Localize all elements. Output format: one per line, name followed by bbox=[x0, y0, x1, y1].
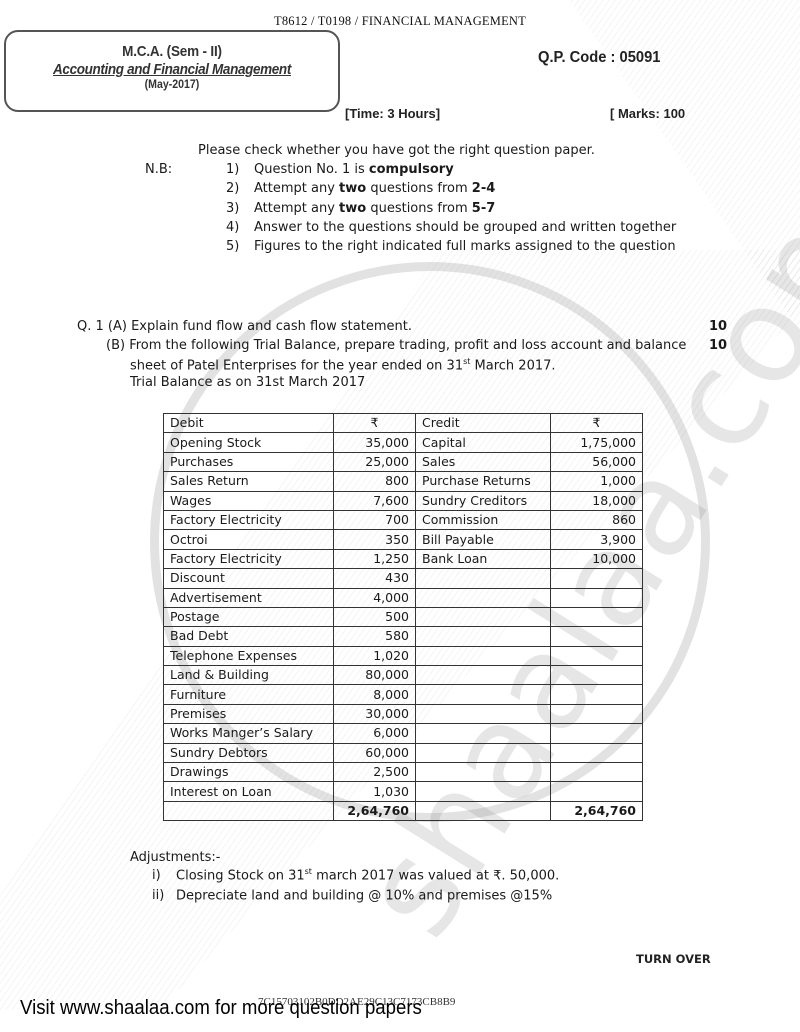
credit-amount bbox=[551, 743, 643, 762]
table-row: Land & Building80,000 bbox=[164, 666, 643, 685]
credit-account bbox=[416, 627, 551, 646]
table-row: Sundry Debtors60,000 bbox=[164, 743, 643, 762]
instruction-number: 4) bbox=[226, 220, 254, 235]
debit-amount: 30,000 bbox=[334, 704, 416, 723]
debit-account: Postage bbox=[164, 607, 334, 626]
debit-amount: 1,250 bbox=[334, 549, 416, 568]
credit-amount: 18,000 bbox=[551, 491, 643, 510]
instruction-emphasis: 2-4 bbox=[472, 181, 496, 196]
instruction-list: 1)Question No. 1 is compulsory2)Attempt … bbox=[226, 162, 676, 258]
debit-account: Telephone Expenses bbox=[164, 646, 334, 665]
debit-amount: 7,600 bbox=[334, 491, 416, 510]
header-credit: Credit bbox=[416, 414, 551, 433]
credit-account bbox=[416, 569, 551, 588]
table-row: Postage500 bbox=[164, 607, 643, 626]
credit-account bbox=[416, 724, 551, 743]
credit-account bbox=[416, 743, 551, 762]
debit-account: Factory Electricity bbox=[164, 510, 334, 529]
credit-amount: 860 bbox=[551, 510, 643, 529]
credit-account bbox=[416, 704, 551, 723]
debit-amount: 80,000 bbox=[334, 666, 416, 685]
question-1b-line2: sheet of Patel Enterprises for the year … bbox=[130, 357, 556, 373]
debit-amount: 8,000 bbox=[334, 685, 416, 704]
table-row: Interest on Loan1,030 bbox=[164, 782, 643, 801]
credit-account: Purchase Returns bbox=[416, 472, 551, 491]
table-row: Drawings2,500 bbox=[164, 763, 643, 782]
adjustment-number: ii) bbox=[152, 888, 176, 903]
exam-marks: [ Marks: 100 bbox=[610, 106, 685, 121]
debit-account: Interest on Loan bbox=[164, 782, 334, 801]
instruction-emphasis: two bbox=[339, 201, 366, 216]
credit-account: Commission bbox=[416, 510, 551, 529]
debit-account: Sundry Debtors bbox=[164, 743, 334, 762]
credit-amount bbox=[551, 646, 643, 665]
credit-amount bbox=[551, 763, 643, 782]
debit-account: Wages bbox=[164, 491, 334, 510]
instruction-number: 2) bbox=[226, 181, 254, 196]
debit-amount: 25,000 bbox=[334, 452, 416, 471]
instruction-text: Attempt any bbox=[254, 181, 339, 196]
debit-account: Discount bbox=[164, 569, 334, 588]
debit-amount: 1,030 bbox=[334, 782, 416, 801]
credit-amount bbox=[551, 607, 643, 626]
credit-amount: 56,000 bbox=[551, 452, 643, 471]
debit-amount: 35,000 bbox=[334, 433, 416, 452]
instruction-item: 5)Figures to the right indicated full ma… bbox=[226, 239, 676, 258]
credit-account bbox=[416, 763, 551, 782]
credit-amount bbox=[551, 782, 643, 801]
credit-account bbox=[416, 588, 551, 607]
credit-amount: 3,900 bbox=[551, 530, 643, 549]
credit-amount bbox=[551, 704, 643, 723]
instruction-text: Attempt any bbox=[254, 201, 339, 216]
adjustment-item: ii)Depreciate land and building @ 10% an… bbox=[152, 887, 559, 907]
instruction-emphasis: compulsory bbox=[369, 162, 454, 177]
debit-account: Opening Stock bbox=[164, 433, 334, 452]
debit-amount: 580 bbox=[334, 627, 416, 646]
instruction-item: 1)Question No. 1 is compulsory bbox=[226, 162, 676, 181]
subject-title: Accounting and Financial Management bbox=[23, 61, 322, 78]
question-1a-label: Q. 1 (A) bbox=[77, 319, 127, 334]
instruction-text: Figures to the right indicated full mark… bbox=[254, 239, 676, 254]
table-row: Factory Electricity700Commission860 bbox=[164, 510, 643, 529]
credit-account: Capital bbox=[416, 433, 551, 452]
debit-amount: 350 bbox=[334, 530, 416, 549]
instruction-text: Question No. 1 is bbox=[254, 162, 369, 177]
debit-account: Drawings bbox=[164, 763, 334, 782]
debit-amount: 1,020 bbox=[334, 646, 416, 665]
debit-account: Premises bbox=[164, 704, 334, 723]
table-row: Telephone Expenses1,020 bbox=[164, 646, 643, 665]
adjustment-number: i) bbox=[152, 868, 176, 883]
instruction-text: Answer to the questions should be groupe… bbox=[254, 220, 676, 235]
debit-amount: 800 bbox=[334, 472, 416, 491]
table-row: Wages7,600Sundry Creditors18,000 bbox=[164, 491, 643, 510]
credit-amount bbox=[551, 588, 643, 607]
course-title-box: M.C.A. (Sem - II) Accounting and Financi… bbox=[4, 30, 340, 112]
adjustment-text: march 2017 was valued at ₹. 50,000. bbox=[312, 868, 559, 883]
instruction-text: questions from bbox=[366, 181, 472, 196]
check-paper-note: Please check whether you have got the ri… bbox=[198, 143, 595, 158]
instruction-text: questions from bbox=[366, 201, 472, 216]
adjustments-title: Adjustments:- bbox=[130, 850, 220, 865]
question-1b-line2-end: March 2017. bbox=[470, 358, 555, 373]
total-credit: 2,64,760 bbox=[551, 801, 643, 820]
table-row: Bad Debt580 bbox=[164, 627, 643, 646]
adjustment-text: Depreciate land and building @ 10% and p… bbox=[176, 888, 552, 903]
instruction-number: 3) bbox=[226, 201, 254, 216]
trial-balance-caption: Trial Balance as on 31st March 2017 bbox=[130, 375, 365, 390]
header-credit-rupee: ₹ bbox=[551, 414, 643, 433]
credit-amount: 10,000 bbox=[551, 549, 643, 568]
debit-account: Advertisement bbox=[164, 588, 334, 607]
debit-amount: 60,000 bbox=[334, 743, 416, 762]
adjustment-item: i)Closing Stock on 31st march 2017 was v… bbox=[152, 867, 559, 887]
credit-account: Sales bbox=[416, 452, 551, 471]
total-debit: 2,64,760 bbox=[334, 801, 416, 820]
credit-amount: 1,000 bbox=[551, 472, 643, 491]
question-1a-text: Explain fund flow and cash flow statemen… bbox=[131, 319, 412, 334]
question-1b-label: (B) bbox=[106, 338, 125, 353]
credit-account bbox=[416, 782, 551, 801]
visit-site-banner[interactable]: Visit www.shaalaa.com for more question … bbox=[20, 997, 422, 1020]
table-row: Sales Return800Purchase Returns1,000 bbox=[164, 472, 643, 491]
credit-amount bbox=[551, 569, 643, 588]
table-row: Works Manger’s Salary6,000 bbox=[164, 724, 643, 743]
question-1b-marks: 10 bbox=[709, 338, 727, 353]
turn-over-label: TURN OVER bbox=[636, 952, 711, 966]
table-row: Purchases25,000Sales56,000 bbox=[164, 452, 643, 471]
debit-account: Octroi bbox=[164, 530, 334, 549]
credit-account: Bank Loan bbox=[416, 549, 551, 568]
nb-label: N.B: bbox=[145, 162, 172, 177]
trial-balance-table: Debit ₹ Credit ₹ Opening Stock35,000Capi… bbox=[163, 413, 643, 821]
question-1a: Q. 1 (A) Explain fund flow and cash flow… bbox=[77, 319, 412, 334]
table-row: Factory Electricity1,250Bank Loan10,000 bbox=[164, 549, 643, 568]
credit-amount bbox=[551, 724, 643, 743]
debit-amount: 700 bbox=[334, 510, 416, 529]
table-total-row: 2,64,760 2,64,760 bbox=[164, 801, 643, 820]
adjustment-text: Closing Stock on 31 bbox=[176, 868, 305, 883]
instruction-emphasis: two bbox=[339, 181, 366, 196]
debit-amount: 500 bbox=[334, 607, 416, 626]
instruction-item: 3)Attempt any two questions from 5-7 bbox=[226, 201, 676, 220]
adjustments-list: i)Closing Stock on 31st march 2017 was v… bbox=[152, 867, 559, 907]
table-row: Furniture8,000 bbox=[164, 685, 643, 704]
question-1b-text: From the following Trial Balance, prepar… bbox=[129, 338, 686, 353]
header-debit-rupee: ₹ bbox=[334, 414, 416, 433]
ordinal-suffix: st bbox=[305, 867, 312, 876]
debit-account: Sales Return bbox=[164, 472, 334, 491]
instruction-number: 1) bbox=[226, 162, 254, 177]
credit-amount bbox=[551, 666, 643, 685]
credit-amount bbox=[551, 685, 643, 704]
credit-account bbox=[416, 607, 551, 626]
question-1b-line2-text: sheet of Patel Enterprises for the year … bbox=[130, 358, 463, 373]
debit-amount: 430 bbox=[334, 569, 416, 588]
exam-time: [Time: 3 Hours] bbox=[345, 106, 440, 121]
table-row: Opening Stock35,000Capital1,75,000 bbox=[164, 433, 643, 452]
debit-amount: 4,000 bbox=[334, 588, 416, 607]
instruction-item: 2)Attempt any two questions from 2-4 bbox=[226, 181, 676, 200]
credit-account: Sundry Creditors bbox=[416, 491, 551, 510]
instruction-emphasis: 5-7 bbox=[472, 201, 496, 216]
header-debit: Debit bbox=[164, 414, 334, 433]
debit-account: Factory Electricity bbox=[164, 549, 334, 568]
credit-amount bbox=[551, 627, 643, 646]
credit-account bbox=[416, 685, 551, 704]
debit-account: Purchases bbox=[164, 452, 334, 471]
question-1b: (B) From the following Trial Balance, pr… bbox=[106, 338, 686, 353]
table-row: Premises30,000 bbox=[164, 704, 643, 723]
table-row: Discount430 bbox=[164, 569, 643, 588]
credit-account bbox=[416, 646, 551, 665]
instruction-number: 5) bbox=[226, 239, 254, 254]
credit-account bbox=[416, 666, 551, 685]
debit-amount: 2,500 bbox=[334, 763, 416, 782]
instruction-item: 4)Answer to the questions should be grou… bbox=[226, 220, 676, 239]
debit-account: Furniture bbox=[164, 685, 334, 704]
table-row: Advertisement4,000 bbox=[164, 588, 643, 607]
course-name: M.C.A. (Sem - II) bbox=[23, 43, 322, 60]
credit-amount: 1,75,000 bbox=[551, 433, 643, 452]
credit-account: Bill Payable bbox=[416, 530, 551, 549]
question-1a-marks: 10 bbox=[709, 319, 727, 334]
exam-session: (May-2017) bbox=[19, 79, 324, 91]
table-header-row: Debit ₹ Credit ₹ bbox=[164, 414, 643, 433]
table-row: Octroi350Bill Payable3,900 bbox=[164, 530, 643, 549]
debit-account: Works Manger’s Salary bbox=[164, 724, 334, 743]
qp-code: Q.P. Code : 05091 bbox=[538, 49, 660, 67]
debit-amount: 6,000 bbox=[334, 724, 416, 743]
debit-account: Bad Debt bbox=[164, 627, 334, 646]
debit-account: Land & Building bbox=[164, 666, 334, 685]
paper-code-header: T8612 / T0198 / FINANCIAL MANAGEMENT bbox=[0, 14, 800, 29]
